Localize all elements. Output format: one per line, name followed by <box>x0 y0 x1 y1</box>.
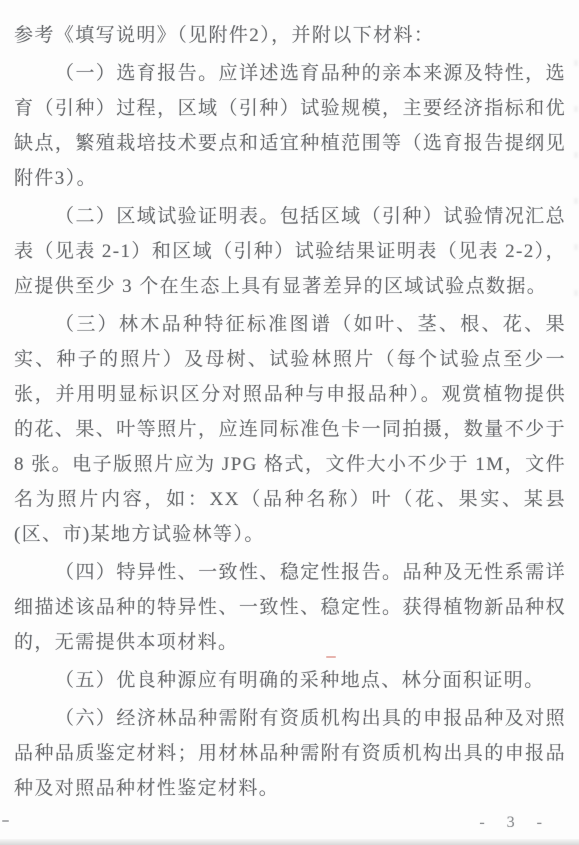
page-number: - 3 - <box>479 814 551 832</box>
paragraph: 参考《填写说明》（见附件2），并附以下材料： <box>14 18 566 53</box>
document-body: 参考《填写说明》（见附件2），并附以下材料：（一）选育报告。应详述选育品种的亲本… <box>14 18 566 806</box>
paragraph: （一）选育报告。应详述选育品种的亲本来源及特性，选育（引种）过程，区域（引种）试… <box>14 56 566 196</box>
scan-shadow-bottom-edge <box>0 839 579 845</box>
scan-artifact-right-edge <box>574 60 578 300</box>
paragraph: （二）区域试验证明表。包括区域（引种）试验情况汇总表（见表 2-1）和区域（引种… <box>14 199 566 304</box>
paragraph: （四）特异性、一致性、稳定性报告。品种及无性系需详细描述该品种的特异性、一致性、… <box>14 555 566 660</box>
scan-artifact-bottom-left <box>2 820 9 822</box>
paragraph: （三）林木品种特征标准图谱（如叶、茎、根、花、果实、种子的照片）及母树、试验林照… <box>14 307 566 552</box>
scanned-page: 参考《填写说明》（见附件2），并附以下材料：（一）选育报告。应详述选育品种的亲本… <box>0 0 579 845</box>
paragraph: （五）优良种源应有明确的采种地点、林分面积证明。 <box>14 663 566 698</box>
paragraph: （六）经济林品种需附有资质机构出具的申报品种及对照品种品质鉴定材料；用材林品种需… <box>14 701 566 806</box>
